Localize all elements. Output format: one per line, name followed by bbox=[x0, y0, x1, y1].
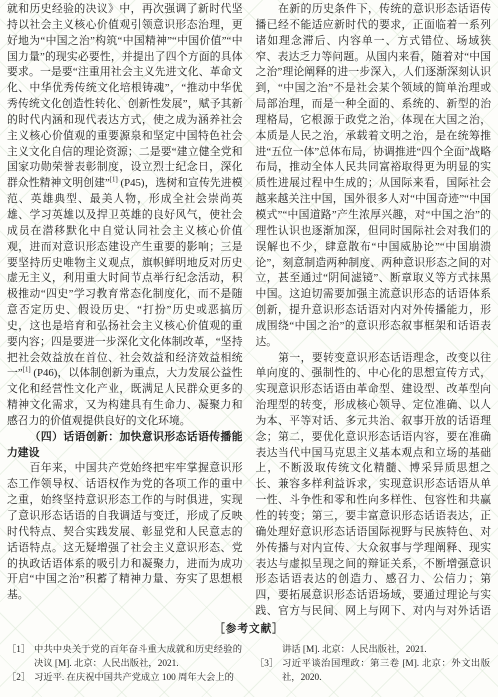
reference-label: ［2］ bbox=[7, 671, 34, 685]
reference-item: ［2］习近平. 在庆祝中国共产党成立 100 周年大会上的 bbox=[7, 671, 242, 685]
references-section: ［1］中共中央关于党的百年奋斗重大成就和历史经验的决议 [M]. 北京：人民出版… bbox=[7, 643, 491, 685]
reference-label bbox=[255, 643, 282, 657]
section-heading: （四）话语创新：加快意识形态话语传播能力建设 bbox=[7, 430, 243, 462]
citation-superscript: [1] bbox=[110, 177, 118, 184]
reference-text: 中共中央关于党的百年奋斗重大成就和历史经验的决议 [M]. 北京：人民出版社，2… bbox=[34, 643, 242, 671]
paragraph: 就和历史经验的决议》中，再次强调了新时代坚持以社会主义核心价值观引领意识形态治理… bbox=[7, 2, 243, 430]
reference-text: 习近平. 在庆祝中国共产党成立 100 周年大会上的 bbox=[34, 671, 242, 685]
reference-item: ［1］中共中央关于党的百年奋斗重大成就和历史经验的决议 [M]. 北京：人民出版… bbox=[7, 643, 242, 671]
reference-text: 习近平谈治国理政：第三卷 [M]. 北京：外文出版社，2020. bbox=[282, 657, 490, 685]
reference-text: 讲话 [M]. 北京：人民出版社，2021. bbox=[282, 643, 490, 657]
paper-page: 就和历史经验的决议》中，再次强调了新时代坚持以社会主义核心价值观引领意识形态治理… bbox=[0, 0, 498, 697]
reference-item: ［3］习近平谈治国理政：第三卷 [M]. 北京：外文出版社，2020. bbox=[255, 657, 490, 685]
references-column: 讲话 [M]. 北京：人民出版社，2021.［3］习近平谈治国理政：第三卷 [M… bbox=[255, 643, 490, 685]
references-heading: ［参考文献］ bbox=[0, 621, 498, 636]
article-body: 就和历史经验的决议》中，再次强调了新时代坚持以社会主义核心价值观引领意识形态治理… bbox=[7, 2, 491, 622]
references-column: ［1］中共中央关于党的百年奋斗重大成就和历史经验的决议 [M]. 北京：人民出版… bbox=[7, 643, 242, 685]
reference-item: 讲话 [M]. 北京：人民出版社，2021. bbox=[255, 643, 490, 657]
reference-label: ［3］ bbox=[255, 657, 282, 685]
citation-superscript: [1] bbox=[23, 367, 31, 374]
reference-label: ［1］ bbox=[7, 643, 34, 671]
paragraph: 百年来，中国共产党始终把牢牢掌握意识形态工作领导权、话语权作为党的各项工作的重中… bbox=[7, 461, 243, 604]
paragraph: 在新的历史条件下，传统的意识形态话语传播已经不能适应新时代的要求，正面临着一系列… bbox=[256, 2, 492, 351]
